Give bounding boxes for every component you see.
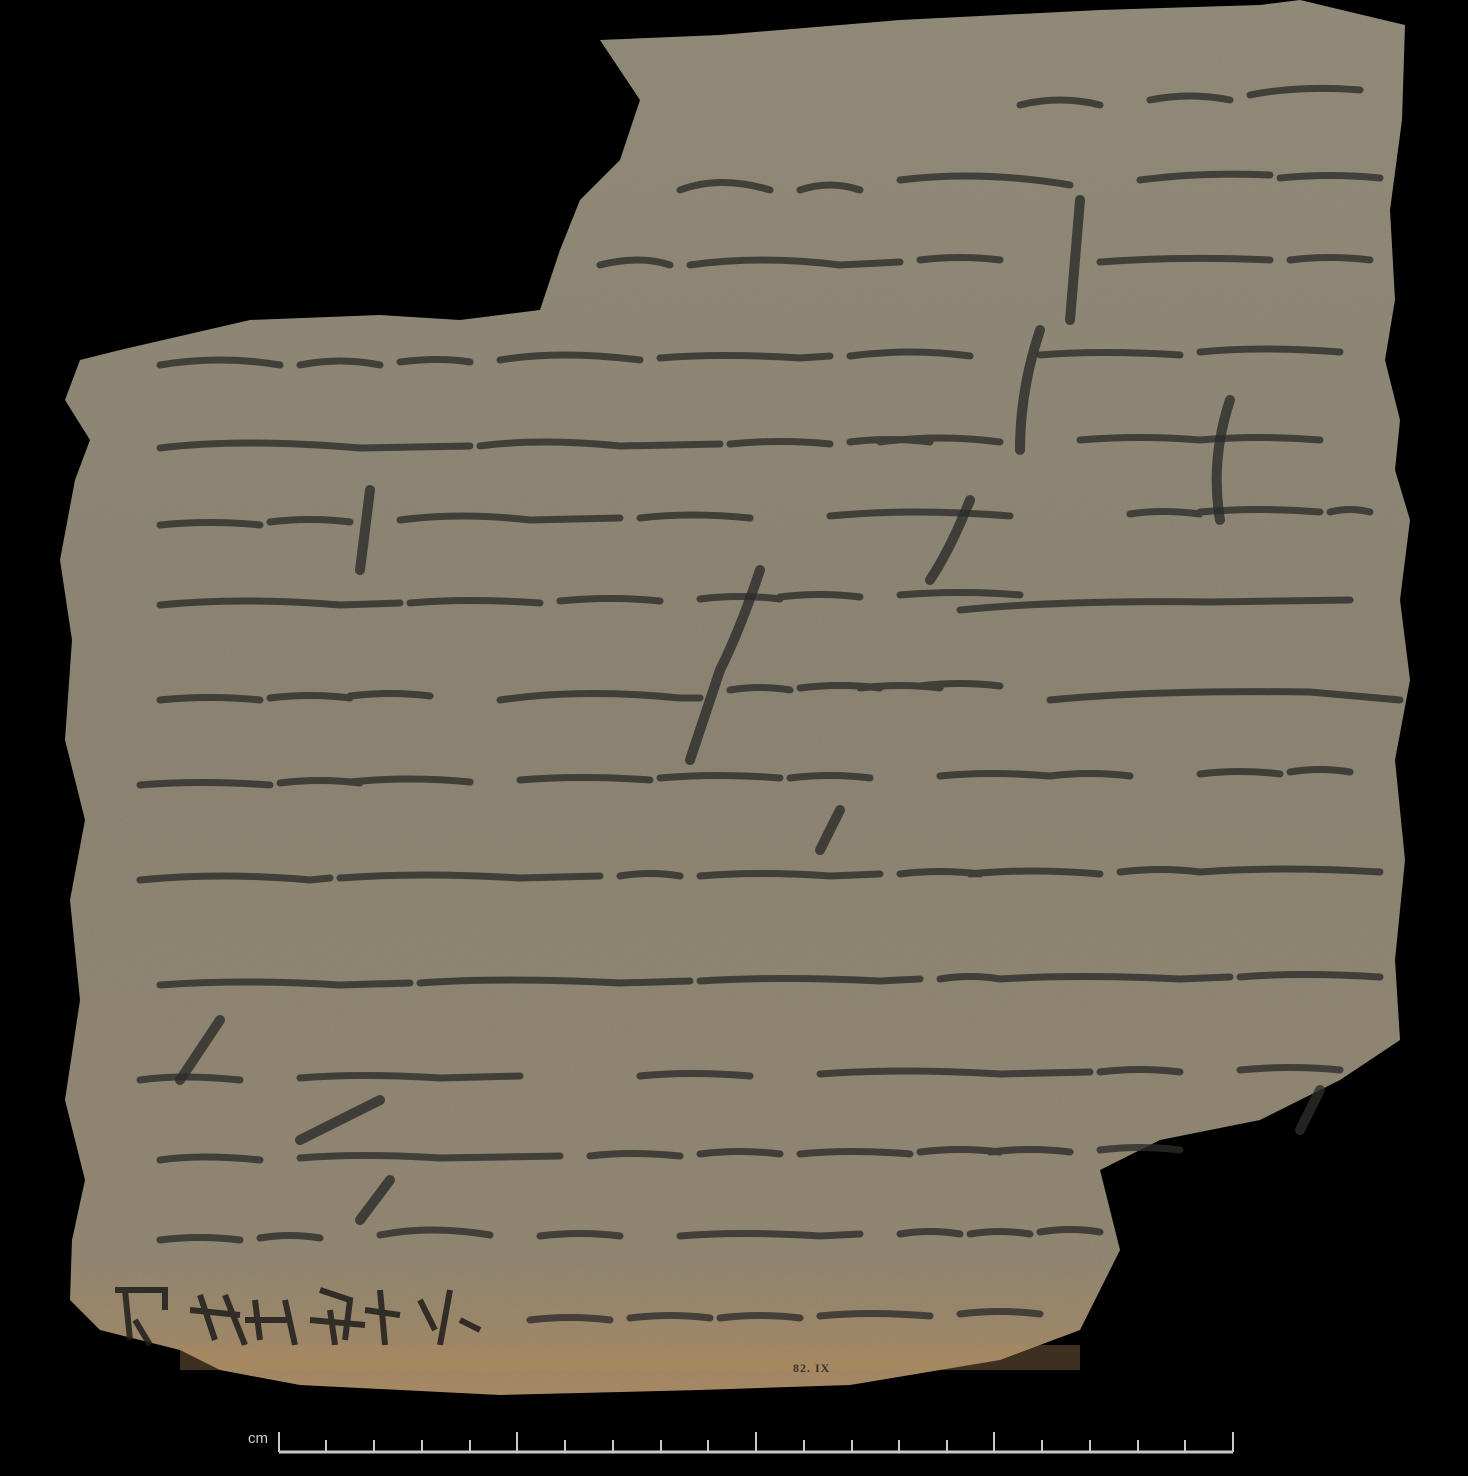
scale-ruler (279, 1432, 1233, 1452)
manuscript-photo (0, 0, 1468, 1476)
catalog-stamp: 82. IX (793, 1361, 830, 1376)
ruler-unit-label: cm (248, 1430, 268, 1447)
